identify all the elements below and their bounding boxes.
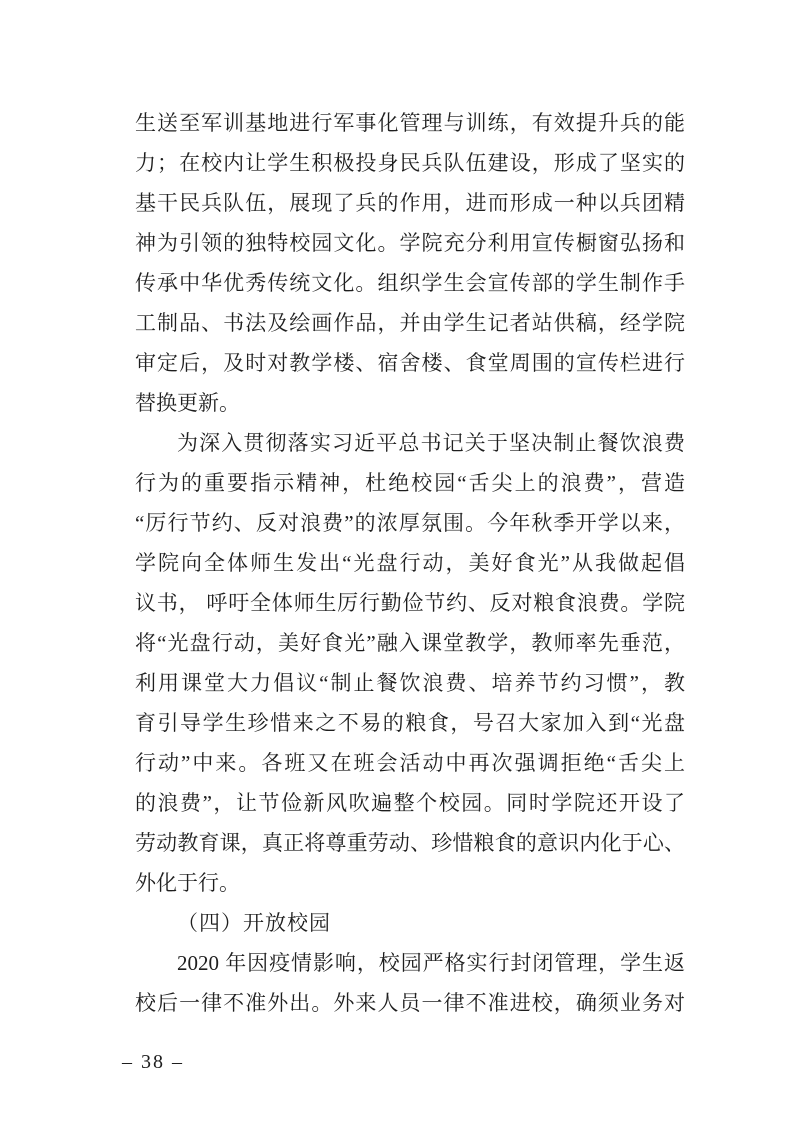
text-line: 审定后，及时对教学楼、宿舍楼、食堂周围的宣传栏进行 <box>135 343 685 383</box>
text-line: 2020 年因疫情影响，校园严格实行封闭管理，学生返 <box>135 943 685 983</box>
text-line: 生送至军训基地进行军事化管理与训练，有效提升兵的能 <box>135 103 685 143</box>
text-line: 劳动教育课，真正将尊重劳动、珍惜粮食的意识内化于心、 <box>135 823 685 863</box>
text-line: 行动”中来。各班又在班会活动中再次强调拒绝“舌尖上 <box>135 743 685 783</box>
text-line: 校后一律不准外出。外来人员一律不准进校，确须业务对 <box>135 983 685 1023</box>
text-line: 为深入贯彻落实习近平总书记关于坚决制止餐饮浪费 <box>135 423 685 463</box>
text-line: 传承中华优秀传统文化。组织学生会宣传部的学生制作手 <box>135 263 685 303</box>
text-line: 利用课堂大力倡议“制止餐饮浪费、培养节约习惯”，教 <box>135 663 685 703</box>
document-body: 生送至军训基地进行军事化管理与训练，有效提升兵的能力；在校内让学生积极投身民兵队… <box>135 103 685 1023</box>
text-line: 育引导学生珍惜来之不易的粮食，号召大家加入到“光盘 <box>135 703 685 743</box>
text-line: 替换更新。 <box>135 383 685 423</box>
text-line: 学院向全体师生发出“光盘行动，美好食光”从我做起倡 <box>135 543 685 583</box>
text-line: 议书， 呼吁全体师生厉行勤俭节约、反对粮食浪费。学院 <box>135 583 685 623</box>
page-number: – 38 – <box>122 1048 184 1076</box>
text-line: 力；在校内让学生积极投身民兵队伍建设，形成了坚实的 <box>135 143 685 183</box>
section-heading: （四）开放校园 <box>135 903 685 943</box>
text-line: 神为引领的独特校园文化。学院充分利用宣传橱窗弘扬和 <box>135 223 685 263</box>
text-line: 行为的重要指示精神，杜绝校园“舌尖上的浪费”，营造 <box>135 463 685 503</box>
text-line: 外化于行。 <box>135 863 685 903</box>
text-line: “厉行节约、反对浪费”的浓厚氛围。今年秋季开学以来， <box>135 503 685 543</box>
text-line: 将“光盘行动，美好食光”融入课堂教学，教师率先垂范， <box>135 623 685 663</box>
text-line: 的浪费”，让节俭新风吹遍整个校园。同时学院还开设了 <box>135 783 685 823</box>
scanned-document-page: 生送至军训基地进行军事化管理与训练，有效提升兵的能力；在校内让学生积极投身民兵队… <box>0 0 800 1131</box>
text-line: 基干民兵队伍，展现了兵的作用，进而形成一种以兵团精 <box>135 183 685 223</box>
text-line: 工制品、书法及绘画作品，并由学生记者站供稿，经学院 <box>135 303 685 343</box>
